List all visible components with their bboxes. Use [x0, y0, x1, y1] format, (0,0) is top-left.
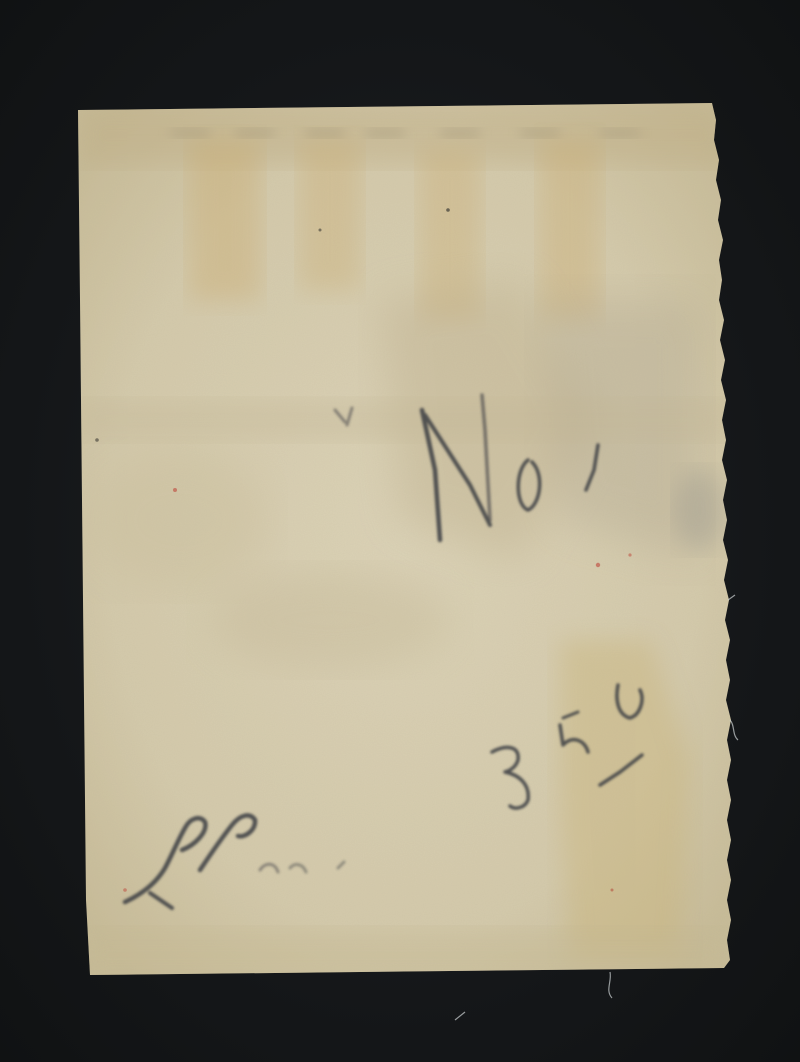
photo-scene: N.W 350 Ele: [0, 0, 800, 1062]
stamp-back-photo: [0, 0, 800, 1062]
